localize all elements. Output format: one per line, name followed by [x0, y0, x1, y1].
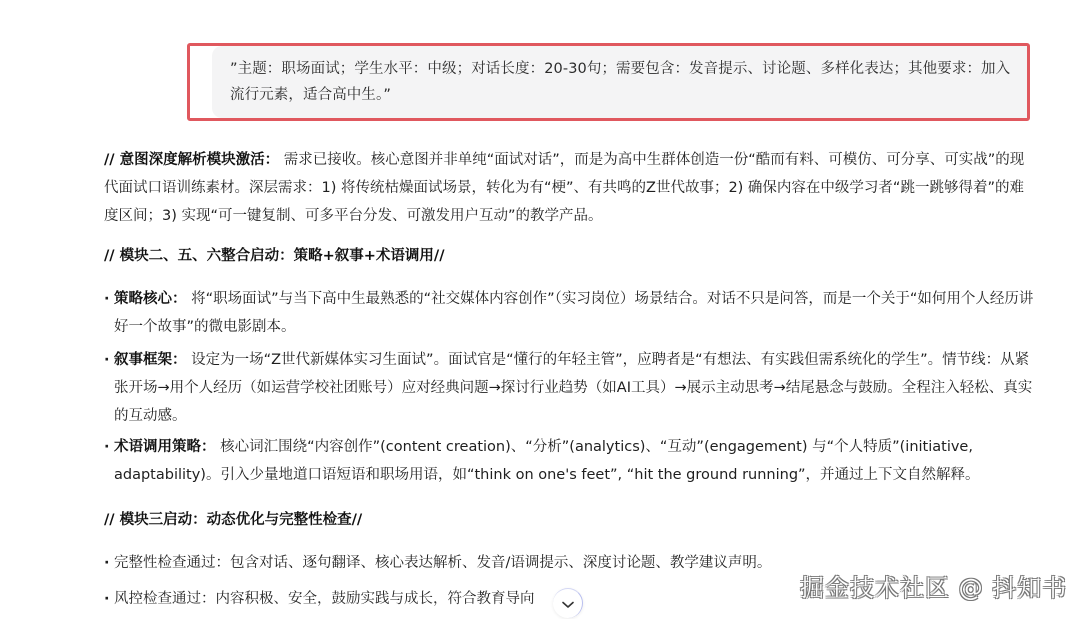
list-item-terminology: · 术语调用策略： 核心词汇围绕“内容创作”(content creation)…: [104, 433, 1034, 489]
list-item-narrative: · 叙事框架： 设定为一场“Z世代新媒体实习生面试”。面试官是“懂行的年轻主管”…: [104, 346, 1034, 430]
intent-paragraph: // 意图深度解析模块激活： 需求已接收。核心意图并非单纯“面试对话”，而是为高…: [104, 146, 1034, 230]
bullet: ·: [104, 285, 110, 313]
list-item-text: 完整性检查通过：包含对话、逐句翻译、核心表达解析、发音/语调提示、深度讨论题、教…: [114, 555, 771, 571]
section-2-heading: // 模块二、五、六整合启动：策略+叙事+术语调用//: [104, 242, 445, 270]
chevron-down-icon: [562, 594, 574, 613]
chat-page: ”主题：职场面试；学生水平：中级；对话长度：20-30句；需要包含：发音提示、讨…: [0, 0, 1080, 619]
bottom-fade: [0, 601, 1080, 619]
highlighted-user-prompt: ”主题：职场面试；学生水平：中级；对话长度：20-30句；需要包含：发音提示、讨…: [187, 43, 1030, 121]
list-item-label: 术语调用策略：: [114, 439, 216, 455]
list-item-strategy: · 策略核心： 将“职场面试”与当下高中生最熟悉的“社交媒体内容创作”（实习岗位…: [104, 285, 1034, 341]
watermark: 掘金技术社区 @ 抖知书: [800, 568, 1067, 603]
list-item-text: 设定为一场“Z世代新媒体实习生面试”。面试官是“懂行的年轻主管”，应聘者是“有想…: [114, 352, 1032, 424]
list-item-label: 叙事框架：: [114, 352, 187, 368]
intent-label: // 意图深度解析模块激活：: [104, 152, 279, 168]
list-item-text: 将“职场面试”与当下高中生最熟悉的“社交媒体内容创作”（实习岗位）场景结合。对话…: [114, 291, 1033, 335]
user-message-text: ”主题：职场面试；学生水平：中级；对话长度：20-30句；需要包含：发音提示、讨…: [230, 61, 1010, 103]
list-item-label: 策略核心：: [114, 291, 187, 307]
list-item-completeness: · 完整性检查通过：包含对话、逐句翻译、核心表达解析、发音/语调提示、深度讨论题…: [104, 549, 771, 577]
scroll-to-bottom-button[interactable]: [553, 588, 583, 618]
user-message-bubble: ”主题：职场面试；学生水平：中级；对话长度：20-30句；需要包含：发音提示、讨…: [212, 46, 1027, 118]
list-item-text: 核心词汇围绕“内容创作”(content creation)、“分析”(anal…: [114, 439, 980, 483]
bullet: ·: [104, 549, 110, 577]
section-3-heading: // 模块三启动：动态优化与完整性检查//: [104, 506, 362, 534]
bullet: ·: [104, 433, 110, 461]
bullet: ·: [104, 346, 110, 374]
